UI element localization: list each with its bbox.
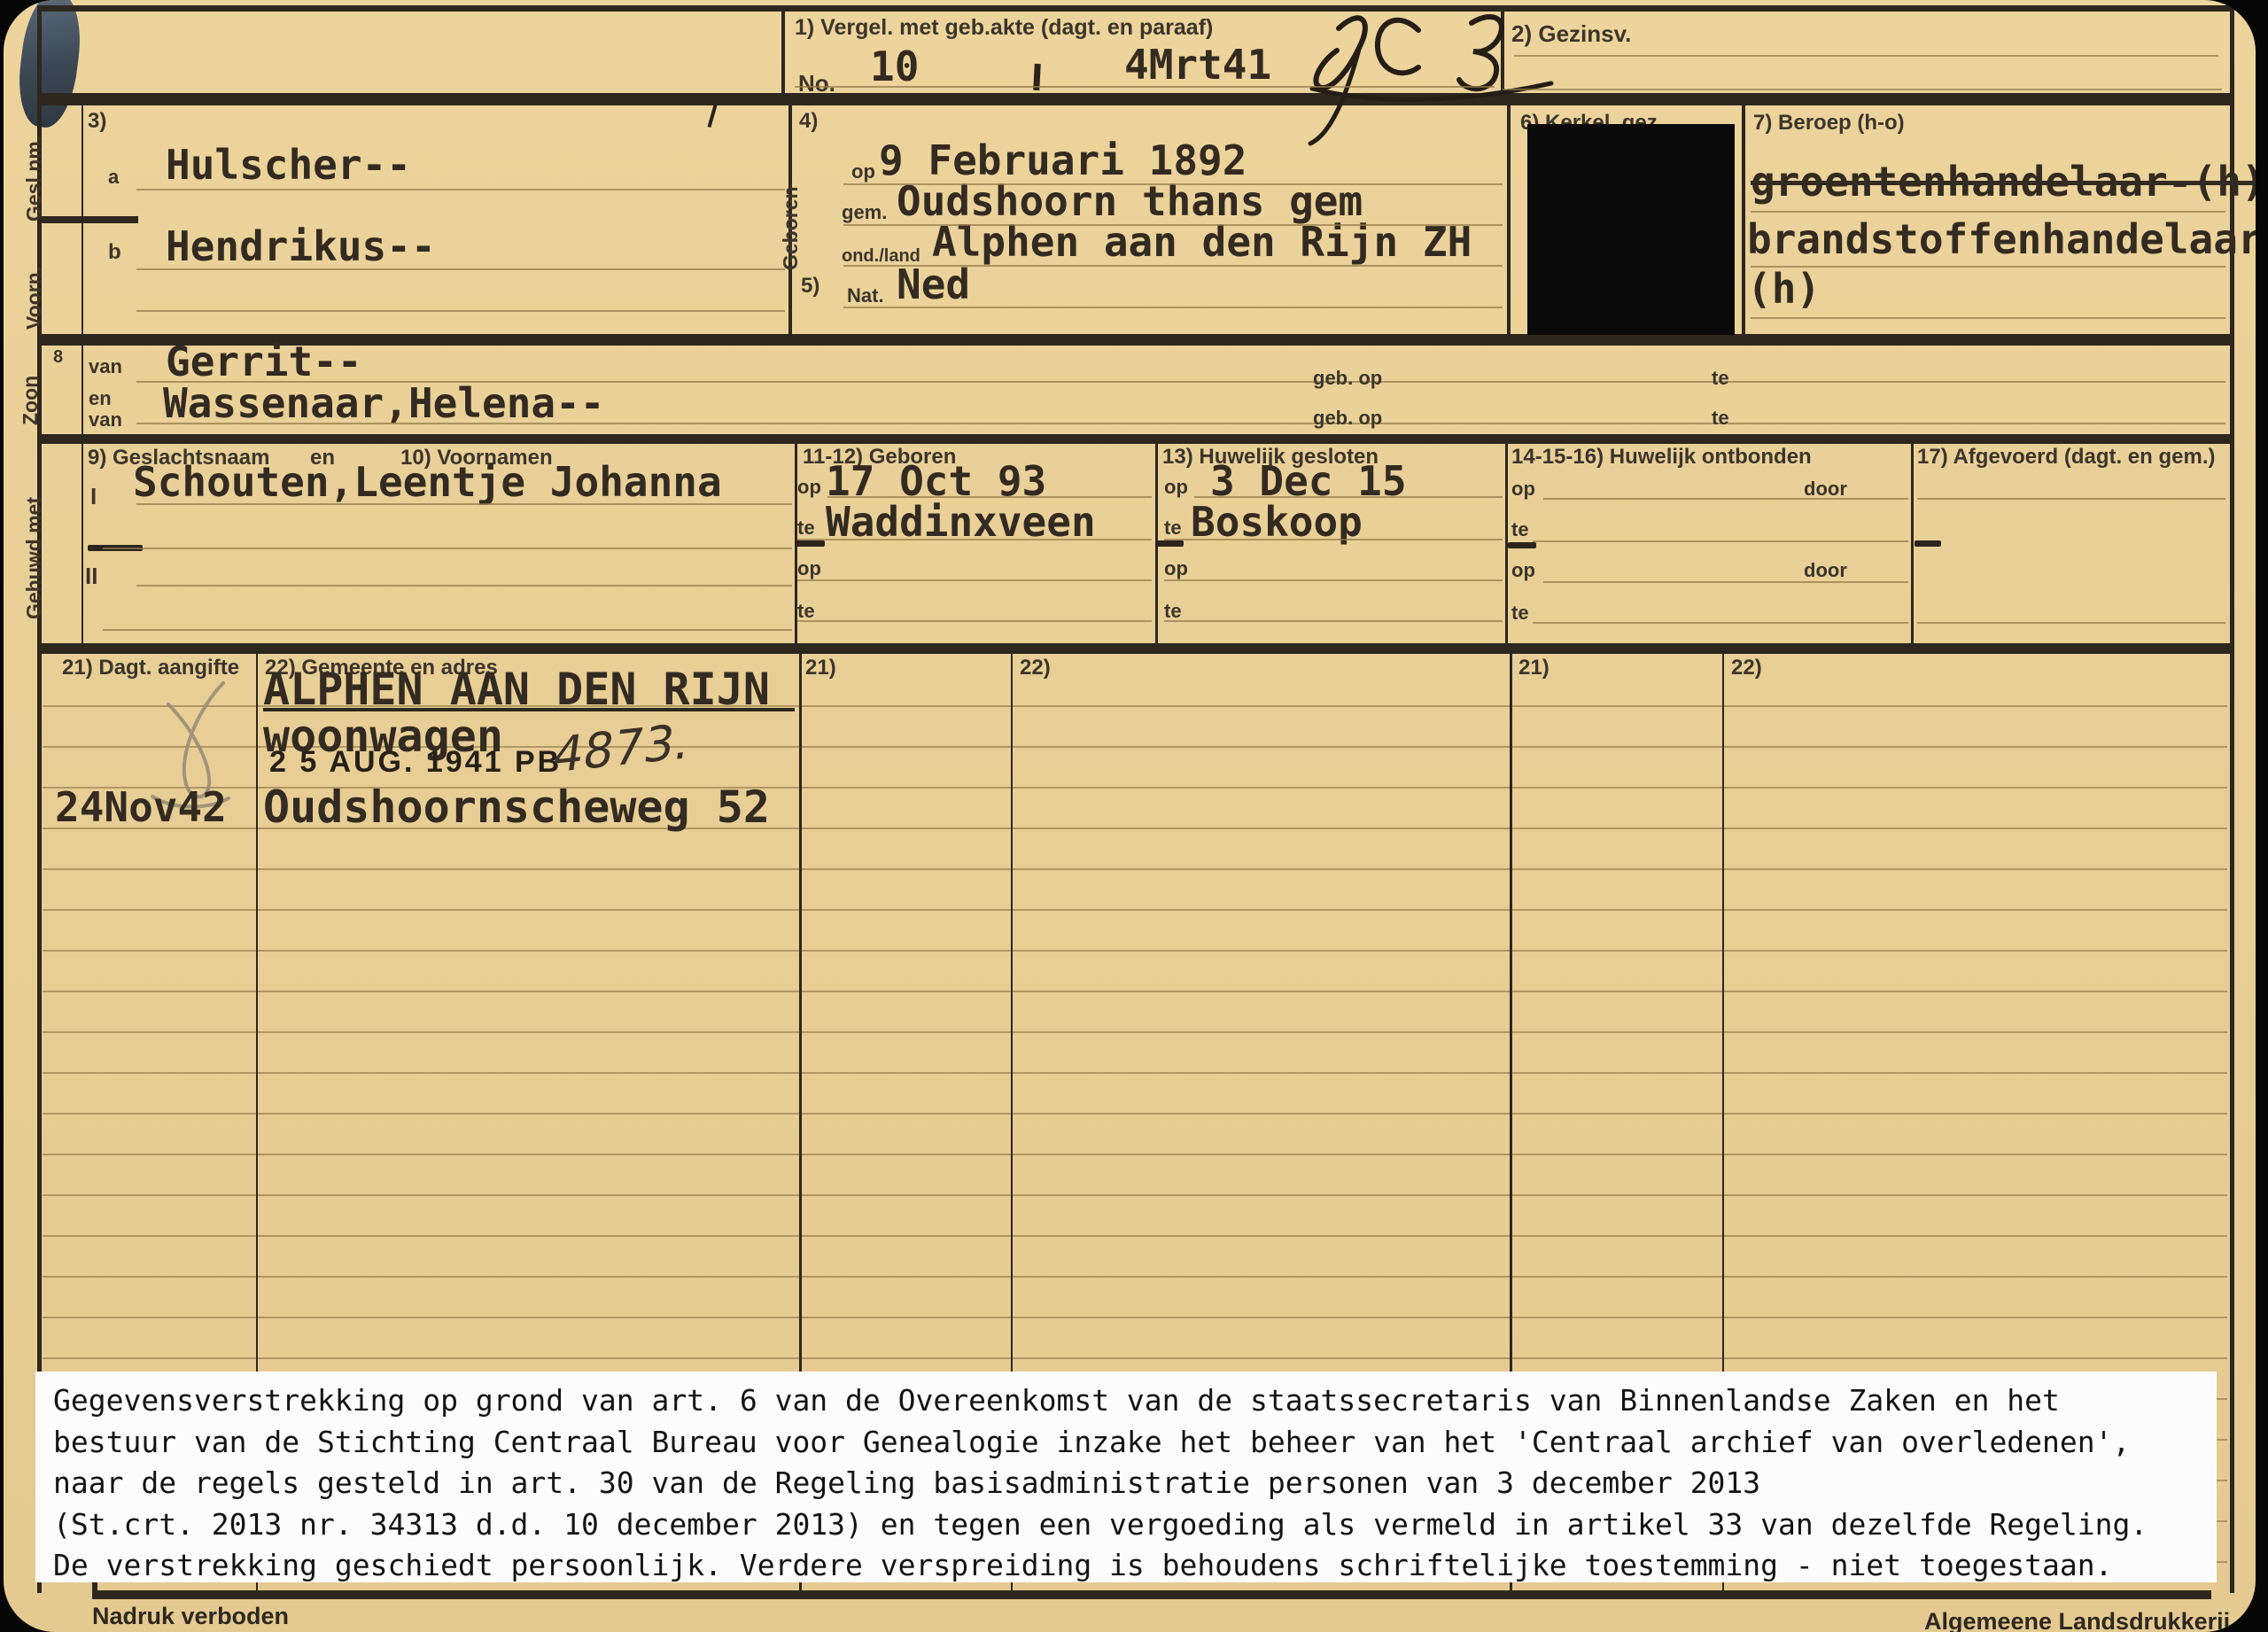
rule-line [136,381,2225,383]
birth-place-value: Alphen aan den Rijn ZH [932,221,1472,262]
rule-line [1751,317,2225,319]
box2-label: 2) Gezinsv. [1511,21,1631,47]
strip-separator [37,216,138,223]
divider-4-6 [1507,105,1511,334]
date-stamp: 2 5 AUG. 1941 PB [269,747,562,777]
divider-row2 [37,334,2234,346]
handwritten-number: 4873. [550,717,693,780]
mother-geb-op-label: geb. op [1313,408,1382,429]
section5-num: 5) [801,275,819,298]
birth-date-value: 9 Februari 1892 [879,140,1247,181]
wed-op-label: op [1164,477,1188,498]
father-value: Gerrit-- [166,341,362,382]
section3-num: 3) [88,110,106,133]
no-label: No. [798,71,835,97]
firstname-side-label: Voorn. [24,267,44,330]
rule-line [1917,622,2225,624]
rule-line [843,307,1503,308]
rule-line [843,224,1503,226]
occupation-value-line1: brandstoffenhandelaar [1747,219,2256,260]
rule-line [797,579,1152,581]
roman1-label: I [90,484,97,509]
divider-header-a [781,12,785,93]
rule-line [136,189,785,190]
firstnames-value: Hendrikus-- [166,226,436,267]
footer-left: Nadruk verboden [92,1604,289,1630]
address2-value: Oudshoornscheweg 52 [263,785,770,829]
born-op-label: op [797,477,821,498]
rule-line [1503,89,2222,90]
nat-label: Nat. [847,285,884,307]
father-te-label: te [1712,368,1729,389]
no-value: 10 [870,46,919,87]
rule-line [843,183,1503,185]
rule-line [1751,266,2225,268]
roman2-label: II [85,563,97,589]
dis-te-label: te [1511,519,1529,540]
van2-label: van [89,409,122,431]
birth-gem-label: gem. [842,202,887,223]
rule-line [136,503,792,505]
rule-line [1543,581,1908,583]
section8-num: 8 [53,347,63,367]
dis-door2-label: door [1804,560,1847,581]
rule-line [136,423,2225,424]
hand-dash [1508,542,1536,548]
nat-value: Ned [897,264,970,305]
rule-line [136,310,785,312]
rule-line [1751,211,2225,213]
rule-line [797,620,1152,622]
col21-header: 21) Dagt. aangifte [62,657,239,680]
rule-line [1194,496,1503,498]
rule-line [1917,498,2225,500]
overlay-line: Gegevensverstrekking op grond van art. 6… [53,1380,2217,1422]
rule-line [1543,498,1908,500]
box1-label: 1) Vergel. met geb.akte (dagt. en paraaf… [795,16,1213,41]
birth-gem-value: Oudshoorn thans gem [897,181,1363,221]
removed-col-header: 17) Afgevoerd (dagt. en gem.) [1917,446,2216,469]
frame-left [37,5,42,1593]
dissolved-col-header: 14-15-16) Huwelijk ontbonden [1511,446,1812,469]
col22b-header: 22) [1020,657,1051,680]
overlay-line: De verstrekking geschiedt persoonlijk. V… [53,1545,2217,1587]
dis-door-label: door [1804,478,1847,500]
rule-line [797,539,1152,540]
rule-line [1533,622,1908,624]
dis-op-label: op [1511,478,1535,500]
rule-line [136,585,792,587]
ink-smudge [13,0,86,130]
birth-op-label: op [851,161,875,183]
rule-line [136,268,785,270]
overlay-line: bestuur van de Stichting Centraal Bureau… [53,1422,2217,1464]
row-a-label: a [108,167,119,188]
born-op2-label: op [797,558,821,579]
wed-te2-label: te [1164,601,1182,622]
born-te2-label: te [797,601,815,622]
born-side-label: Geboren [781,186,801,270]
col22c-header: 22) [1731,657,1762,680]
born-te-label: te [797,517,815,539]
frame-bottom [92,1590,2211,1599]
surname-value: Hulscher-- [166,144,411,185]
occupation-label: 7) Beroep (h-o) [1753,112,1905,135]
spouse-birth-place: Waddinxveen [826,501,1096,542]
side-strip-line [82,105,83,643]
col21b-header: 21) [805,657,836,680]
rule-line [1533,540,1908,542]
wed-te-label: te [1164,517,1182,539]
dis-op2-label: op [1511,560,1535,581]
hand-dash [795,540,825,547]
son-side-label: Zoon [20,376,41,425]
wedding-place: Boskoop [1191,501,1363,542]
divider-row1 [37,93,2234,105]
divider-m4 [1911,444,1914,643]
frame-top [37,5,2234,12]
van-label: van [89,356,122,377]
overlay-line: (St.crt. 2013 nr. 34313 d.d. 10 december… [53,1504,2217,1546]
dis-te2-label: te [1511,602,1529,624]
registration-card: 1) Vergel. met geb.akte (dagt. en paraaf… [4,0,2256,1632]
rule-line [103,548,792,549]
married-side-label: Gehuwd met [24,497,44,619]
divider-row4 [37,643,2234,654]
compare-date: 4Mrt41 [1124,44,1271,85]
wed-op2-label: op [1164,558,1188,579]
occupation-value-line2: (h) [1747,268,1821,309]
overlay-line: naar de regels gesteld in art. 30 van de… [53,1463,2217,1504]
rule-line [795,86,1495,88]
rule-line [1164,539,1503,540]
spouse-value: Schouten,Leentje Johanna [133,462,722,502]
redaction-box [1527,124,1735,335]
rule-line [827,496,1152,498]
date2-value: 24Nov42 [55,787,227,828]
mother-te-label: te [1712,408,1729,429]
divider-row3 [37,434,2234,444]
mother-value: Wassenaar,Helena-- [163,383,605,424]
occupation-struck-value: groentenhandelaar-(h) [1751,161,2256,202]
hand-dash [1155,540,1184,547]
surname-side-label: Gesl.nm. [24,136,44,221]
row-b-label: b [108,241,121,264]
father-geb-op-label: geb. op [1313,368,1382,389]
divider-6-7 [1742,105,1745,334]
hand-dash [1915,540,1941,547]
pen-slash-mark [707,105,717,128]
col21c-header: 21) [1518,657,1550,680]
rule-line [1514,55,2218,57]
footer-right: Algemeene Landsdrukkerij [1924,1609,2230,1632]
municipality-value: ALPHEN AAN DEN RIJN [263,667,770,711]
en-label: en [89,388,112,409]
section4-num: 4) [799,110,818,133]
scan-background: 1) Vergel. met geb.akte (dagt. en paraaf… [0,0,2268,1632]
rule-line [1164,579,1503,581]
rule-line [1164,620,1503,622]
provenance-overlay: Gegevensverstrekking op grond van art. 6… [35,1372,2217,1582]
rule-line [103,629,792,631]
rule-line [843,265,1503,267]
